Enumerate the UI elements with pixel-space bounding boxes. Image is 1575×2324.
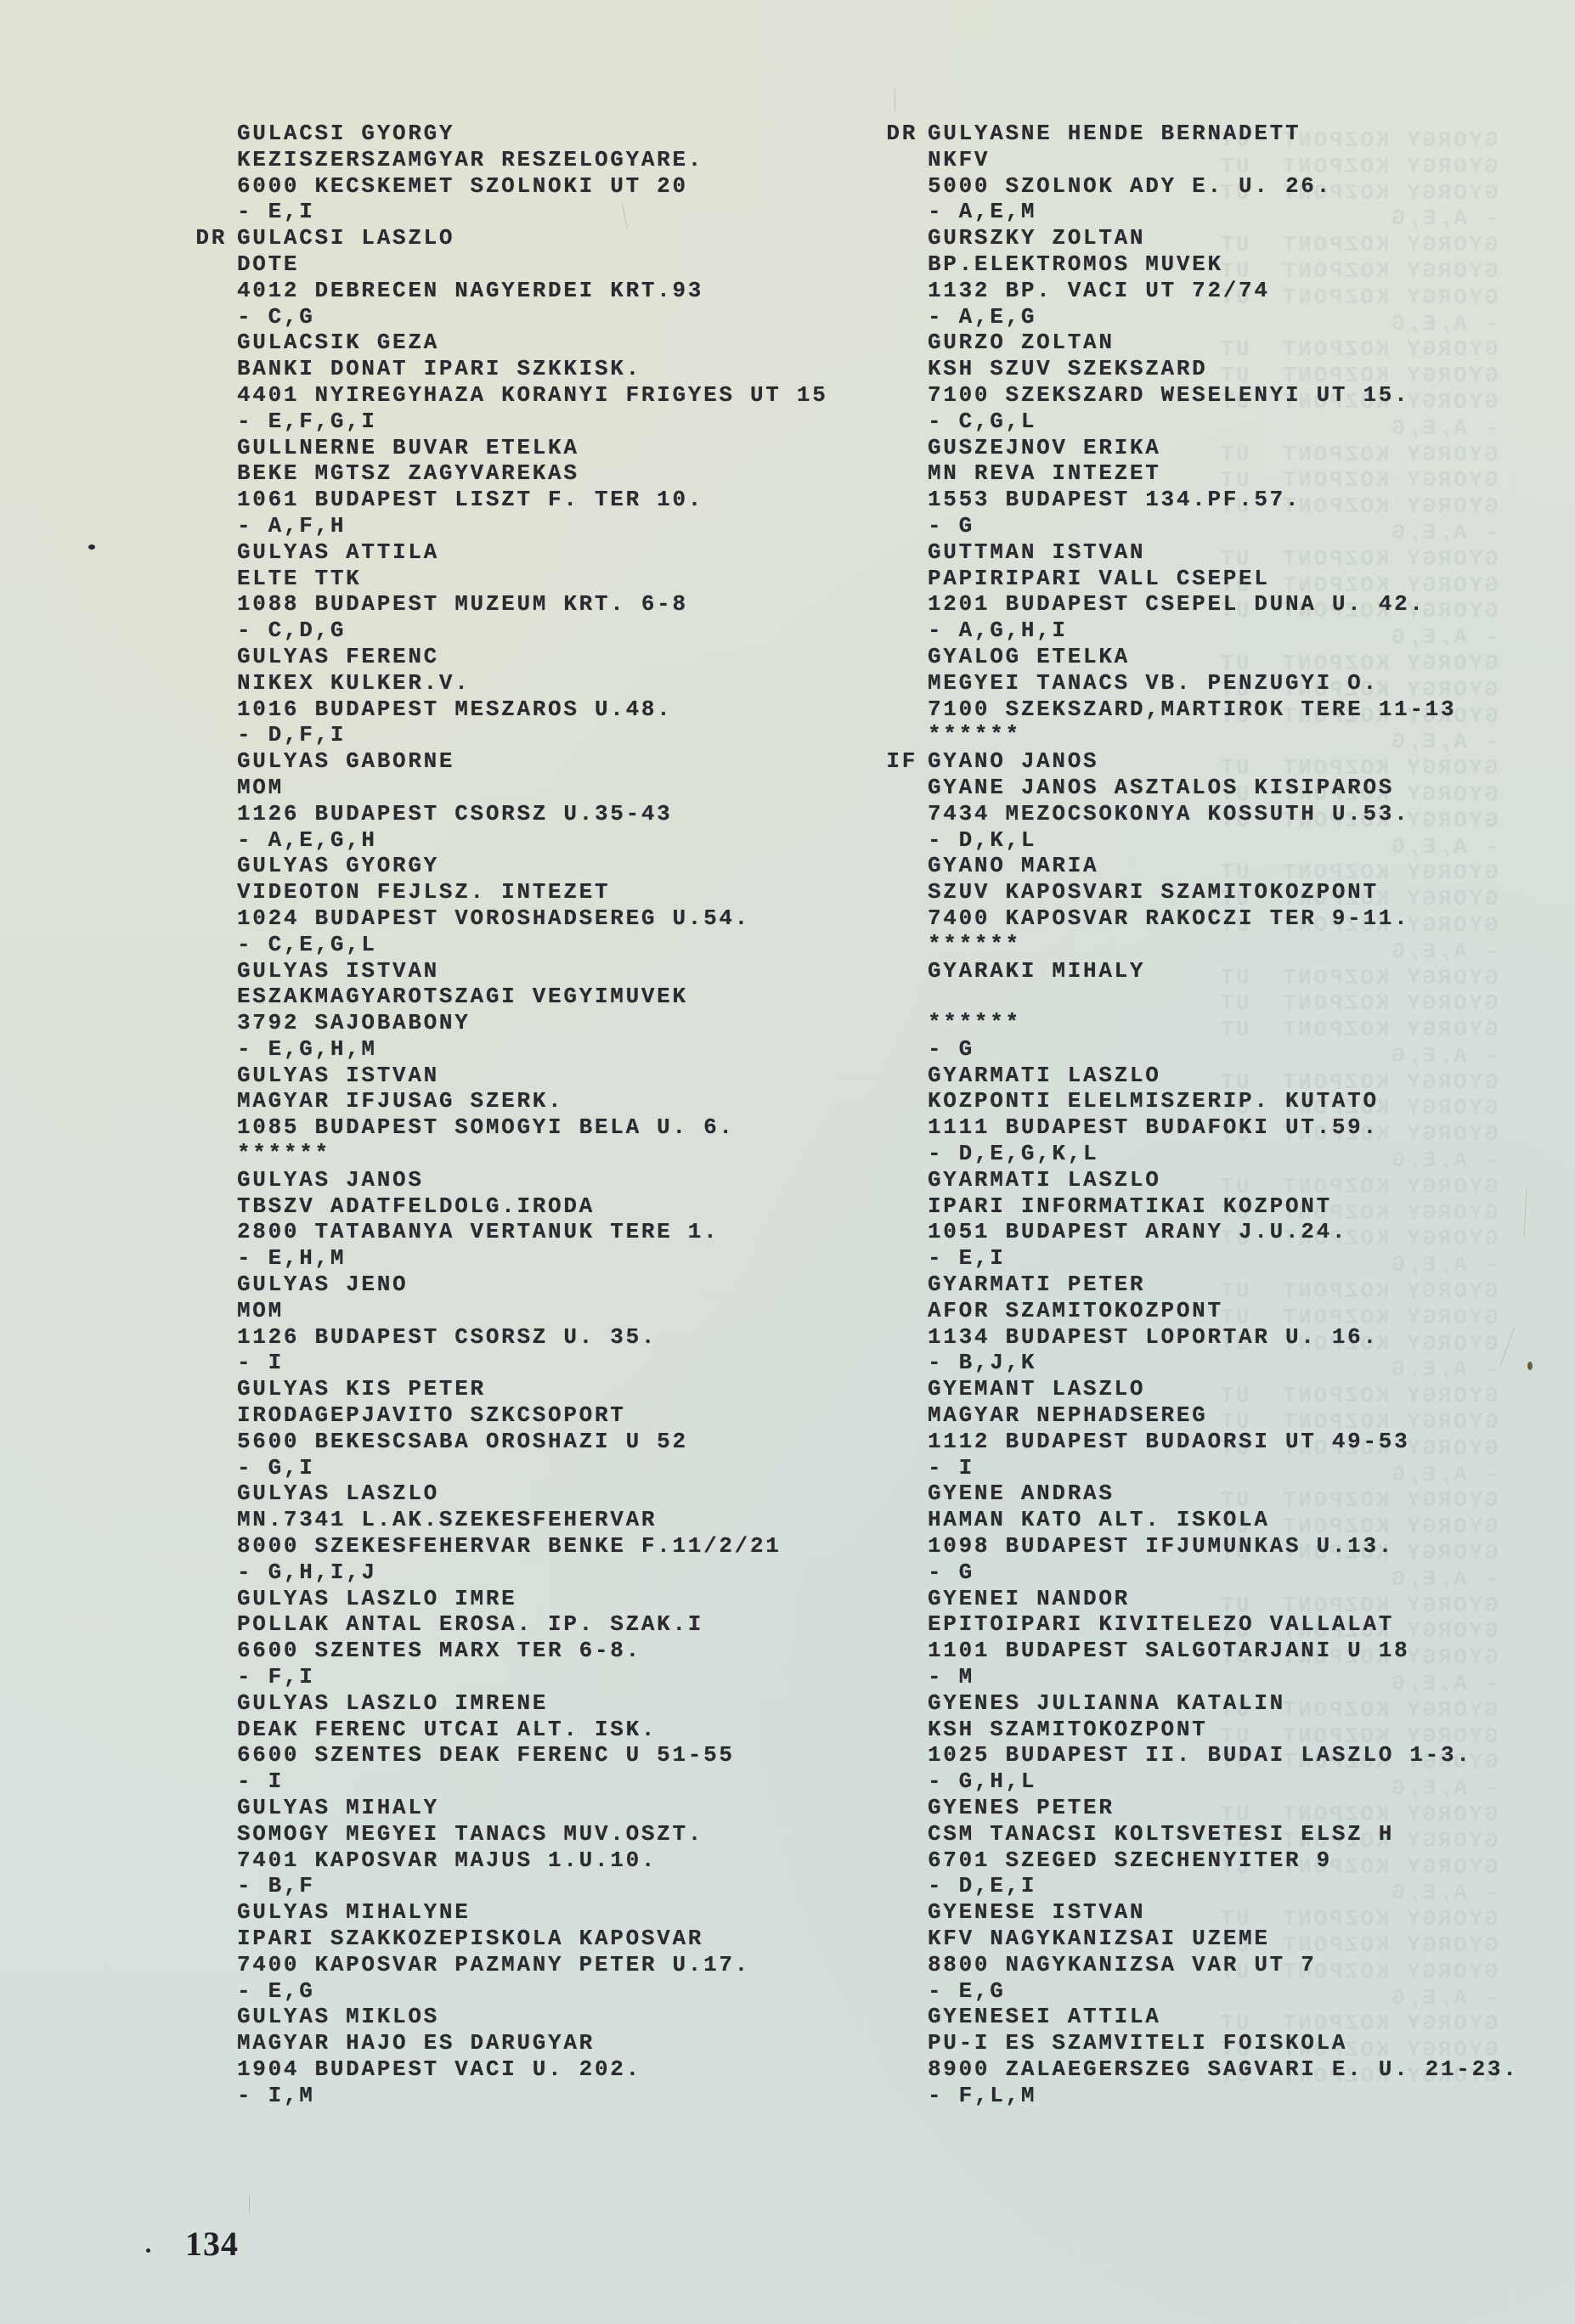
directory-entry: GYENES PETERCSM TANACSI KOLTSVETESI ELSZ… (928, 1795, 1519, 1899)
entry-address: 1024 BUDAPEST VOROSHADSEREG U.54. (237, 905, 828, 932)
directory-entry: GYALOG ETELKAMEGYEI TANACS VB. PENZUGYI … (928, 644, 1519, 748)
entry-name: GUSZEJNOV ERIKA (928, 435, 1519, 461)
directory-entry: GULYAS ISTVANESZAKMAGYAROTSZAGI VEGYIMUV… (237, 958, 828, 1063)
entry-name: GULYAS MIHALYNE (237, 1899, 828, 1926)
entry-codes: - A,E,G,H (237, 827, 828, 854)
entry-address: 7400 KAPOSVAR PAZMANY PETER U.17. (237, 1952, 828, 1978)
entry-address: 6600 SZENTES DEAK FERENC U 51-55 (237, 1742, 828, 1768)
entry-address: 1126 BUDAPEST CSORSZ U.35-43 (237, 801, 828, 827)
directory-entry: GYENEI NANDOREPITOIPARI KIVITELEZO VALLA… (928, 1586, 1519, 1690)
entry-codes: - F,I (237, 1664, 828, 1690)
directory-entry: GULACSI LASZLODRDOTE4012 DEBRECEN NAGYER… (237, 225, 828, 330)
entry-address: 7100 SZEKSZARD,MARTIROK TERE 11-13 (928, 697, 1519, 723)
entry-organization: KSH SZAMITOKOZPONT (928, 1717, 1519, 1743)
entry-name: GULYAS ISTVAN (237, 958, 828, 984)
entry-address: 1061 BUDAPEST LISZT F. TER 10. (237, 487, 828, 513)
right-column: GULYASNE HENDE BERNADETTDRNKFV5000 SZOLN… (928, 121, 1519, 2109)
directory-entry: GULYAS FERENCNIKEX KULKER.V.1016 BUDAPES… (237, 644, 828, 748)
entry-name: GYENES PETER (928, 1795, 1519, 1821)
entry-organization: MN REVA INTEZET (928, 460, 1519, 487)
entry-name: GYARMATI LASZLO (928, 1063, 1519, 1089)
entry-name: GUTTMAN ISTVAN (928, 539, 1519, 566)
entry-name: GULYAS LASZLO IMRENE (237, 1690, 828, 1717)
entry-address: 1016 BUDAPEST MESZAROS U.48. (237, 697, 828, 723)
entry-codes: - C,G,L (928, 409, 1519, 435)
directory-entry: GYARAKI MIHALY******- G (928, 958, 1519, 1063)
entry-organization: MN.7341 L.AK.SZEKESFEHERVAR (237, 1507, 828, 1533)
directory-entry: GULACSI GYORGYKEZISZERSZAMGYAR RESZELOGY… (237, 121, 828, 225)
entry-name: GYENESEI ATTILA (928, 2004, 1519, 2030)
entry-organization: MOM (237, 1298, 828, 1324)
entry-name: GYALOG ETELKA (928, 644, 1519, 670)
directory-entry: GULYAS MIHALYNEIPARI SZAKKOZEPISKOLA KAP… (237, 1899, 828, 2004)
entry-organization: MEGYEI TANACS VB. PENZUGYI O. (928, 670, 1519, 697)
entry-address: 5600 BEKESCSABA OROSHAZI U 52 (237, 1429, 828, 1455)
entry-organization: NKFV (928, 147, 1519, 173)
entry-name: GULLNERNE BUVAR ETELKA (237, 435, 828, 461)
entry-address: 1126 BUDAPEST CSORSZ U. 35. (237, 1324, 828, 1351)
entry-address: 1111 BUDAPEST BUDAFOKI UT.59. (928, 1114, 1519, 1141)
entry-address: 1904 BUDAPEST VACI U. 202. (237, 2056, 828, 2083)
entry-codes: - G,H,I,J (237, 1560, 828, 1586)
entry-organization: KSH SZUV SZEKSZARD (928, 356, 1519, 382)
entry-address: 2800 TATABANYA VERTANUK TERE 1. (237, 1219, 828, 1245)
entry-name: GULYAS JENO (237, 1272, 828, 1298)
entry-title-prefix: DR (886, 121, 917, 147)
entry-organization: IPARI INFORMATIKAI KOZPONT (928, 1193, 1519, 1220)
entry-title-prefix: DR (195, 225, 227, 251)
entry-name: GULYAS JANOS (237, 1167, 828, 1193)
entry-codes: - D,E,G,K,L (928, 1141, 1519, 1167)
entry-organization: KEZISZERSZAMGYAR RESZELOGYARE. (237, 147, 828, 173)
entry-address: 5000 SZOLNOK ADY E. U. 26. (928, 173, 1519, 200)
directory-entry: GULYAS JANOSTBSZV ADATFELDOLG.IRODA2800 … (237, 1167, 828, 1272)
entry-title-prefix: IF (886, 748, 917, 775)
entry-organization: HAMAN KATO ALT. ISKOLA (928, 1507, 1519, 1533)
entry-codes: - I (928, 1455, 1519, 1481)
entry-address: 1101 BUDAPEST SALGOTARJANI U 18 (928, 1638, 1519, 1664)
entry-name: GULYAS GYORGY (237, 853, 828, 879)
entry-organization: MOM (237, 775, 828, 801)
page-number: 134 (185, 2224, 239, 2264)
entry-codes: - A,F,H (237, 513, 828, 539)
entry-address: 7401 KAPOSVAR MAJUS 1.U.10. (237, 1847, 828, 1874)
entry-address: 1553 BUDAPEST 134.PF.57. (928, 487, 1519, 513)
entry-codes: - A,E,M (928, 199, 1519, 225)
directory-entry: GYENES JULIANNA KATALINKSH SZAMITOKOZPON… (928, 1690, 1519, 1795)
entry-organization: KFV NAGYKANIZSAI UZEME (928, 1926, 1519, 1952)
entry-organization: EPITOIPARI KIVITELEZO VALLALAT (928, 1611, 1519, 1638)
directory-entry: GULYAS GYORGYVIDEOTON FEJLSZ. INTEZET102… (237, 853, 828, 957)
entry-address: 1098 BUDAPEST IFJUMUNKAS U.13. (928, 1533, 1519, 1560)
entry-organization: IPARI SZAKKOZEPISKOLA KAPOSVAR (237, 1926, 828, 1952)
entry-codes: ****** (928, 932, 1519, 958)
entry-codes: - G (928, 1036, 1519, 1063)
entry-organization: CSM TANACSI KOLTSVETESI ELSZ H (928, 1821, 1519, 1847)
entry-organization: SOMOGY MEGYEI TANACS MUV.OSZT. (237, 1821, 828, 1847)
entry-organization: DEAK FERENC UTCAI ALT. ISK. (237, 1717, 828, 1743)
directory-entry: GULACSIK GEZABANKI DONAT IPARI SZKKISK.4… (237, 330, 828, 434)
directory-entry: GYARMATI LASZLOIPARI INFORMATIKAI KOZPON… (928, 1167, 1519, 1272)
entry-name: GULACSI GYORGY (237, 121, 828, 147)
entry-name: GYENESE ISTVAN (928, 1899, 1519, 1926)
entry-address: 8800 NAGYKANIZSA VAR UT 7 (928, 1952, 1519, 1978)
entry-name: GULYAS ATTILA (237, 539, 828, 566)
directory-entry: GULYAS ATTILAELTE TTK1088 BUDAPEST MUZEU… (237, 539, 828, 644)
entry-address: 6000 KECSKEMET SZOLNOKI UT 20 (237, 173, 828, 200)
entry-organization: VIDEOTON FEJLSZ. INTEZET (237, 879, 828, 905)
entry-name: GULYAS KIS PETER (237, 1376, 828, 1402)
directory-entry: GYANO JANOSIFGYANE JANOS ASZTALOS KISIPA… (928, 748, 1519, 853)
entry-organization: ELTE TTK (237, 566, 828, 592)
entry-name: GULYAS MIKLOS (237, 2004, 828, 2030)
entry-codes: - D,K,L (928, 827, 1519, 854)
entry-name: GYANO JANOSIF (928, 748, 1519, 775)
entry-address: 8000 SZEKESFEHERVAR BENKE F.11/2/21 (237, 1533, 828, 1560)
entry-codes: - E,I (928, 1245, 1519, 1272)
entry-organization: AFOR SZAMITOKOZPONT (928, 1298, 1519, 1324)
entry-address: 1112 BUDAPEST BUDAORSI UT 49-53 (928, 1429, 1519, 1455)
directory-entry: GULYAS LASZLO IMREPOLLAK ANTAL EROSA. IP… (237, 1586, 828, 1690)
entry-name: GULYAS LASZLO (237, 1481, 828, 1507)
entry-codes: - A,E,G (928, 304, 1519, 330)
directory-entry: GUSZEJNOV ERIKAMN REVA INTEZET1553 BUDAP… (928, 435, 1519, 539)
directory-entry: GYEMANT LASZLOMAGYAR NEPHADSEREG1112 BUD… (928, 1376, 1519, 1481)
directory-page: GYORGY KOZPONT UT GYORGY KOZPONT UT GYOR… (0, 0, 1575, 2324)
entry-codes: - E,H,M (237, 1245, 828, 1272)
entry-address: 1134 BUDAPEST LOPORTAR U. 16. (928, 1324, 1519, 1351)
entry-organization: PU-I ES SZAMVITELI FOISKOLA (928, 2030, 1519, 2056)
entry-name: GULACSIK GEZA (237, 330, 828, 356)
entry-codes: - E,G (237, 1978, 828, 2005)
entry-name: GULYAS MIHALY (237, 1795, 828, 1821)
entry-organization: BANKI DONAT IPARI SZKKISK. (237, 356, 828, 382)
entry-codes: - E,G (928, 1978, 1519, 2005)
entry-address: 6701 SZEGED SZECHENYITER 9 (928, 1847, 1519, 1874)
directory-entry: GULYAS GABORNEMOM1126 BUDAPEST CSORSZ U.… (237, 748, 828, 853)
directory-entry: GYARMATI PETERAFOR SZAMITOKOZPONT1134 BU… (928, 1272, 1519, 1376)
ink-speck (146, 2248, 150, 2253)
entry-organization: KOZPONTI ELELMISZERIP. KUTATO (928, 1088, 1519, 1114)
entry-name: GULYAS GABORNE (237, 748, 828, 775)
entry-address: ****** (928, 1010, 1519, 1036)
entry-name: GYENE ANDRAS (928, 1481, 1519, 1507)
entry-codes: - C,G (237, 304, 828, 330)
entry-address: 1132 BP. VACI UT 72/74 (928, 278, 1519, 304)
directory-entry: GYANO MARIASZUV KAPOSVARI SZAMITOKOZPONT… (928, 853, 1519, 957)
entry-codes: - I (237, 1768, 828, 1795)
entry-codes: - B,J,K (928, 1350, 1519, 1376)
entry-address: 6600 SZENTES MARX TER 6-8. (237, 1638, 828, 1664)
entry-address: 7434 MEZOCSOKONYA KOSSUTH U.53. (928, 801, 1519, 827)
entry-codes: - C,E,G,L (237, 932, 828, 958)
paper-fiber (249, 2194, 250, 2213)
entry-name: GURSZKY ZOLTAN (928, 225, 1519, 251)
entry-organization: MAGYAR IFJUSAG SZERK. (237, 1088, 828, 1114)
entry-codes: - I,M (237, 2083, 828, 2109)
entry-name: GYARMATI LASZLO (928, 1167, 1519, 1193)
directory-entry: GURZO ZOLTANKSH SZUV SZEKSZARD7100 SZEKS… (928, 330, 1519, 434)
entry-codes: - G (928, 1560, 1519, 1586)
entry-address: 8900 ZALAEGERSZEG SAGVARI E. U. 21-23. (928, 2056, 1519, 2083)
entry-codes: - I (237, 1350, 828, 1376)
paper-fiber (895, 89, 895, 110)
entry-address: 7100 SZEKSZARD WESELENYI UT 15. (928, 382, 1519, 409)
entry-address: 4012 DEBRECEN NAGYERDEI KRT.93 (237, 278, 828, 304)
entry-address: 3792 SAJOBABONY (237, 1010, 828, 1036)
entry-organization: SZUV KAPOSVARI SZAMITOKOZPONT (928, 879, 1519, 905)
entry-codes: ****** (928, 722, 1519, 748)
entry-name: GYENEI NANDOR (928, 1586, 1519, 1612)
entry-organization: ESZAKMAGYAROTSZAGI VEGYIMUVEK (237, 984, 828, 1010)
entry-address: 1051 BUDAPEST ARANY J.U.24. (928, 1219, 1519, 1245)
entry-address: 4401 NYIREGYHAZA KORANYI FRIGYES UT 15 (237, 382, 828, 409)
left-column: GULACSI GYORGYKEZISZERSZAMGYAR RESZELOGY… (237, 121, 828, 2109)
entry-codes: - G,H,L (928, 1768, 1519, 1795)
entry-codes: - D,E,I (928, 1873, 1519, 1899)
entry-codes: - F,L,M (928, 2083, 1519, 2109)
entry-codes: - E,G,H,M (237, 1036, 828, 1063)
ink-speck (1527, 1362, 1533, 1370)
entry-organization: MAGYAR NEPHADSEREG (928, 1402, 1519, 1429)
directory-entry: GULYAS ISTVANMAGYAR IFJUSAG SZERK.1085 B… (237, 1063, 828, 1167)
entry-address: 1201 BUDAPEST CSEPEL DUNA U. 42. (928, 591, 1519, 618)
entry-name: GULYAS ISTVAN (237, 1063, 828, 1089)
entry-name: GURZO ZOLTAN (928, 330, 1519, 356)
entry-name: GULACSI LASZLODR (237, 225, 828, 251)
entry-codes: - D,F,I (237, 722, 828, 748)
entry-codes: - E,I (237, 199, 828, 225)
entry-codes: - E,F,G,I (237, 409, 828, 435)
directory-entry: GULYAS KIS PETERIRODAGEPJAVITO SZKCSOPOR… (237, 1376, 828, 1481)
entry-organization: PAPIRIPARI VALL CSEPEL (928, 566, 1519, 592)
entry-name: GYENES JULIANNA KATALIN (928, 1690, 1519, 1717)
entry-name: GULYAS FERENC (237, 644, 828, 670)
entry-organization: TBSZV ADATFELDOLG.IRODA (237, 1193, 828, 1220)
entry-name: GYEMANT LASZLO (928, 1376, 1519, 1402)
directory-entry: GULYAS MIHALYSOMOGY MEGYEI TANACS MUV.OS… (237, 1795, 828, 1899)
entry-address: 1025 BUDAPEST II. BUDAI LASZLO 1-3. (928, 1742, 1519, 1768)
entry-name: GYARAKI MIHALY (928, 958, 1519, 984)
entry-codes: - B,F (237, 1873, 828, 1899)
directory-entry: GYENESEI ATTILAPU-I ES SZAMVITELI FOISKO… (928, 2004, 1519, 2108)
entry-organization (928, 984, 1519, 1010)
directory-entry: GYENE ANDRASHAMAN KATO ALT. ISKOLA1098 B… (928, 1481, 1519, 1585)
entry-name: GYARMATI PETER (928, 1272, 1519, 1298)
entry-codes: - M (928, 1664, 1519, 1690)
entry-organization: BP.ELEKTROMOS MUVEK (928, 251, 1519, 278)
ink-speck (88, 544, 95, 550)
directory-entry: GURSZKY ZOLTANBP.ELEKTROMOS MUVEK1132 BP… (928, 225, 1519, 330)
directory-entry: GULLNERNE BUVAR ETELKABEKE MGTSZ ZAGYVAR… (237, 435, 828, 539)
directory-entry: GYENESE ISTVANKFV NAGYKANIZSAI UZEME8800… (928, 1899, 1519, 2004)
entry-codes: - C,D,G (237, 618, 828, 644)
entry-address: 7400 KAPOSVAR RAKOCZI TER 9-11. (928, 905, 1519, 932)
entry-address: 1088 BUDAPEST MUZEUM KRT. 6-8 (237, 591, 828, 618)
entry-name: GULYAS LASZLO IMRE (237, 1586, 828, 1612)
entry-codes: - A,G,H,I (928, 618, 1519, 644)
entry-name: GULYASNE HENDE BERNADETTDR (928, 121, 1519, 147)
directory-entry: GUTTMAN ISTVANPAPIRIPARI VALL CSEPEL1201… (928, 539, 1519, 644)
entry-codes: ****** (237, 1141, 828, 1167)
entry-address: 1085 BUDAPEST SOMOGYI BELA U. 6. (237, 1114, 828, 1141)
directory-entry: GULYASNE HENDE BERNADETTDRNKFV5000 SZOLN… (928, 121, 1519, 225)
directory-entry: GYARMATI LASZLOKOZPONTI ELELMISZERIP. KU… (928, 1063, 1519, 1167)
entry-codes: - G,I (237, 1455, 828, 1481)
entry-organization: NIKEX KULKER.V. (237, 670, 828, 697)
entry-organization: BEKE MGTSZ ZAGYVAREKAS (237, 460, 828, 487)
directory-entry: GULYAS LASZLO IMRENEDEAK FERENC UTCAI AL… (237, 1690, 828, 1795)
entry-name: GYANO MARIA (928, 853, 1519, 879)
entry-organization: POLLAK ANTAL EROSA. IP. SZAK.I (237, 1611, 828, 1638)
entry-organization: MAGYAR HAJO ES DARUGYAR (237, 2030, 828, 2056)
directory-entry: GULYAS LASZLOMN.7341 L.AK.SZEKESFEHERVAR… (237, 1481, 828, 1585)
entry-organization: IRODAGEPJAVITO SZKCSOPORT (237, 1402, 828, 1429)
directory-entry: GULYAS MIKLOSMAGYAR HAJO ES DARUGYAR1904… (237, 2004, 828, 2108)
entry-codes: - G (928, 513, 1519, 539)
entry-organization: GYANE JANOS ASZTALOS KISIPAROS (928, 775, 1519, 801)
entry-organization: DOTE (237, 251, 828, 278)
directory-entry: GULYAS JENOMOM1126 BUDAPEST CSORSZ U. 35… (237, 1272, 828, 1376)
